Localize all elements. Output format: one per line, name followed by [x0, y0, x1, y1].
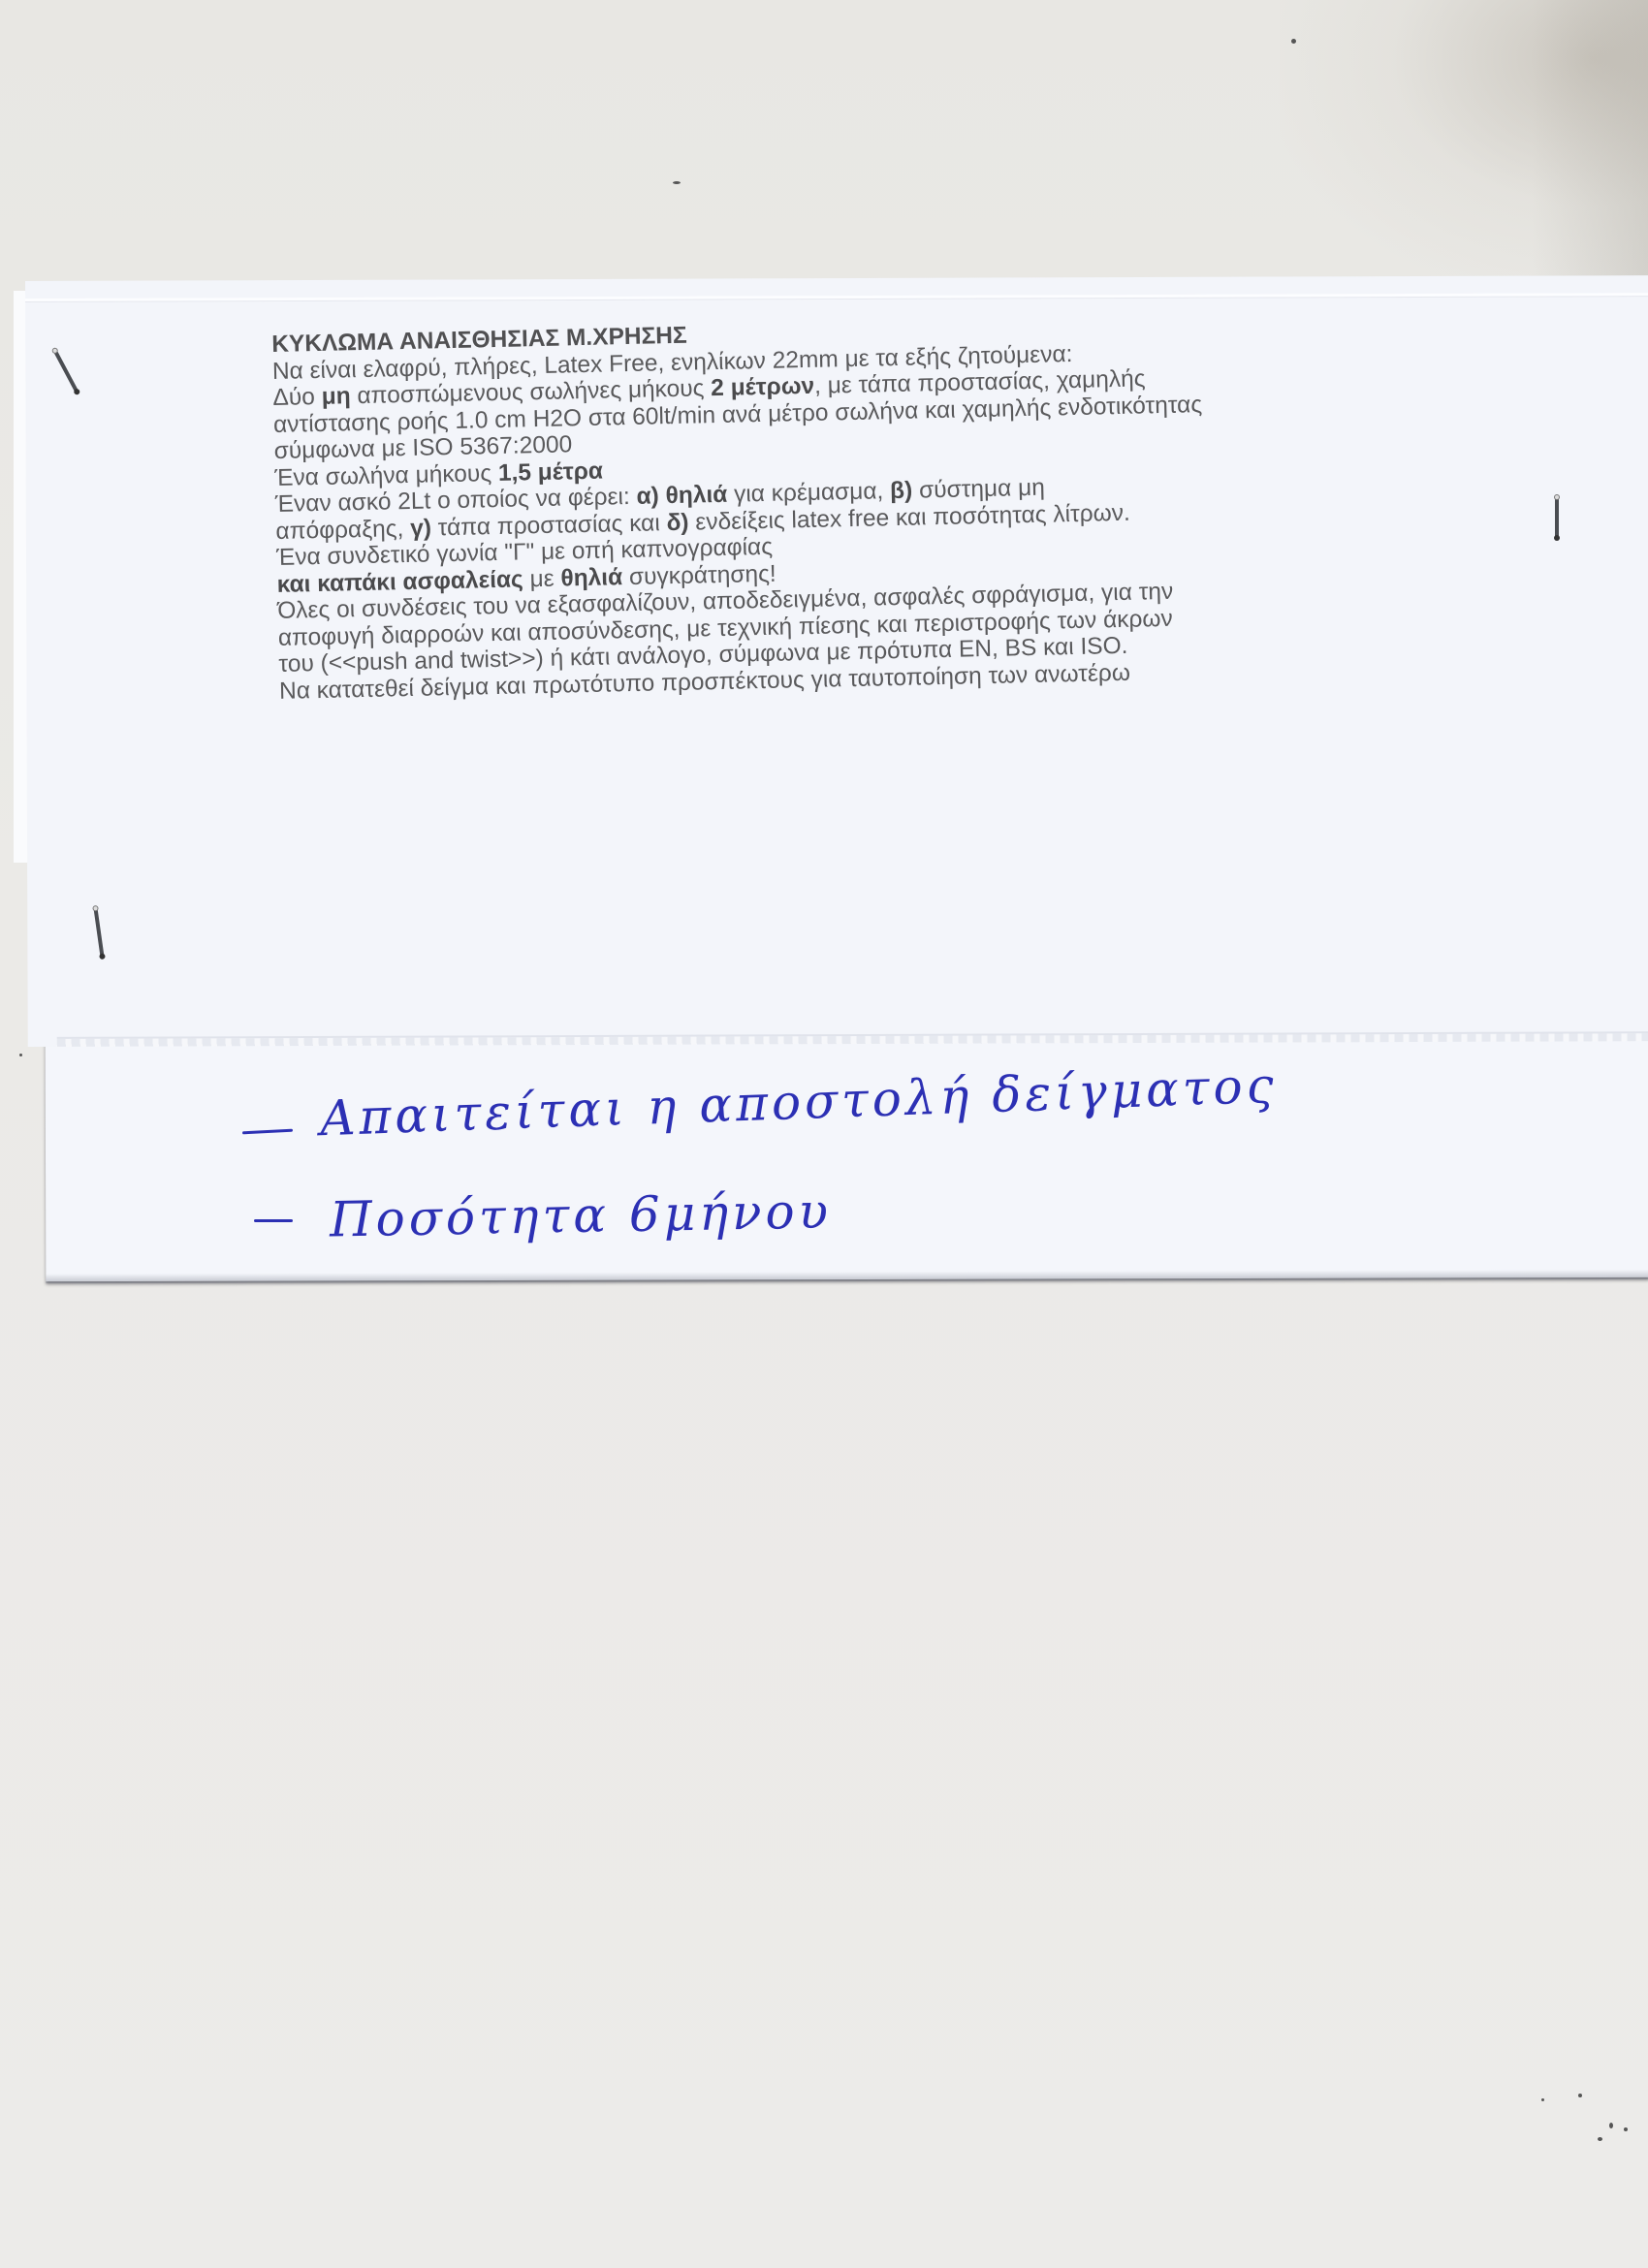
- emphasized-text: 2 μέτρων: [711, 373, 814, 401]
- emphasized-text: θηλιά: [560, 564, 622, 591]
- emphasized-text: β): [890, 478, 913, 504]
- printed-specification: ΚΥΚΛΩΜΑ ΑΝΑΙΣΘΗΣΙΑΣ Μ.ΧΡΗΣΗΣ Να είναι ελ…: [271, 306, 1423, 705]
- speck: [1609, 2123, 1613, 2128]
- speck: [673, 181, 681, 184]
- speck: [1291, 39, 1296, 44]
- emphasized-text: δ): [666, 509, 689, 535]
- speck: [1578, 2094, 1582, 2097]
- handwritten-note-2: Ποσότητα 6μήνου: [330, 1182, 833, 1247]
- text-run: για κρέμασμα,: [727, 478, 890, 508]
- text-run: απόφραξης,: [275, 515, 410, 544]
- text-run: Ένα σωλήνα μήκους: [274, 459, 498, 490]
- speck: [1624, 2127, 1628, 2131]
- emphasized-text: μη: [321, 383, 351, 410]
- sheet-fold-line: [25, 293, 1648, 302]
- speck: [1541, 2098, 1544, 2101]
- text-run: Δύο: [272, 384, 322, 411]
- text-run: με: [523, 565, 560, 592]
- sheet-bottom-edge: [46, 1270, 1648, 1283]
- emphasized-text: 1,5 μέτρα: [498, 457, 604, 486]
- bullet-dash: [254, 1219, 293, 1222]
- speck: [1598, 2137, 1602, 2141]
- emphasized-text: γ): [410, 515, 431, 541]
- staple-icon: [1555, 496, 1559, 539]
- specification-lines: Να είναι ελαφρύ, πλήρες, Latex Free, ενη…: [272, 333, 1424, 705]
- emphasized-text: α) θηλιά: [636, 482, 727, 510]
- text-run: συγκράτησης!: [622, 560, 776, 589]
- text-run: σύστημα μη: [912, 475, 1045, 504]
- speck: [19, 1054, 22, 1056]
